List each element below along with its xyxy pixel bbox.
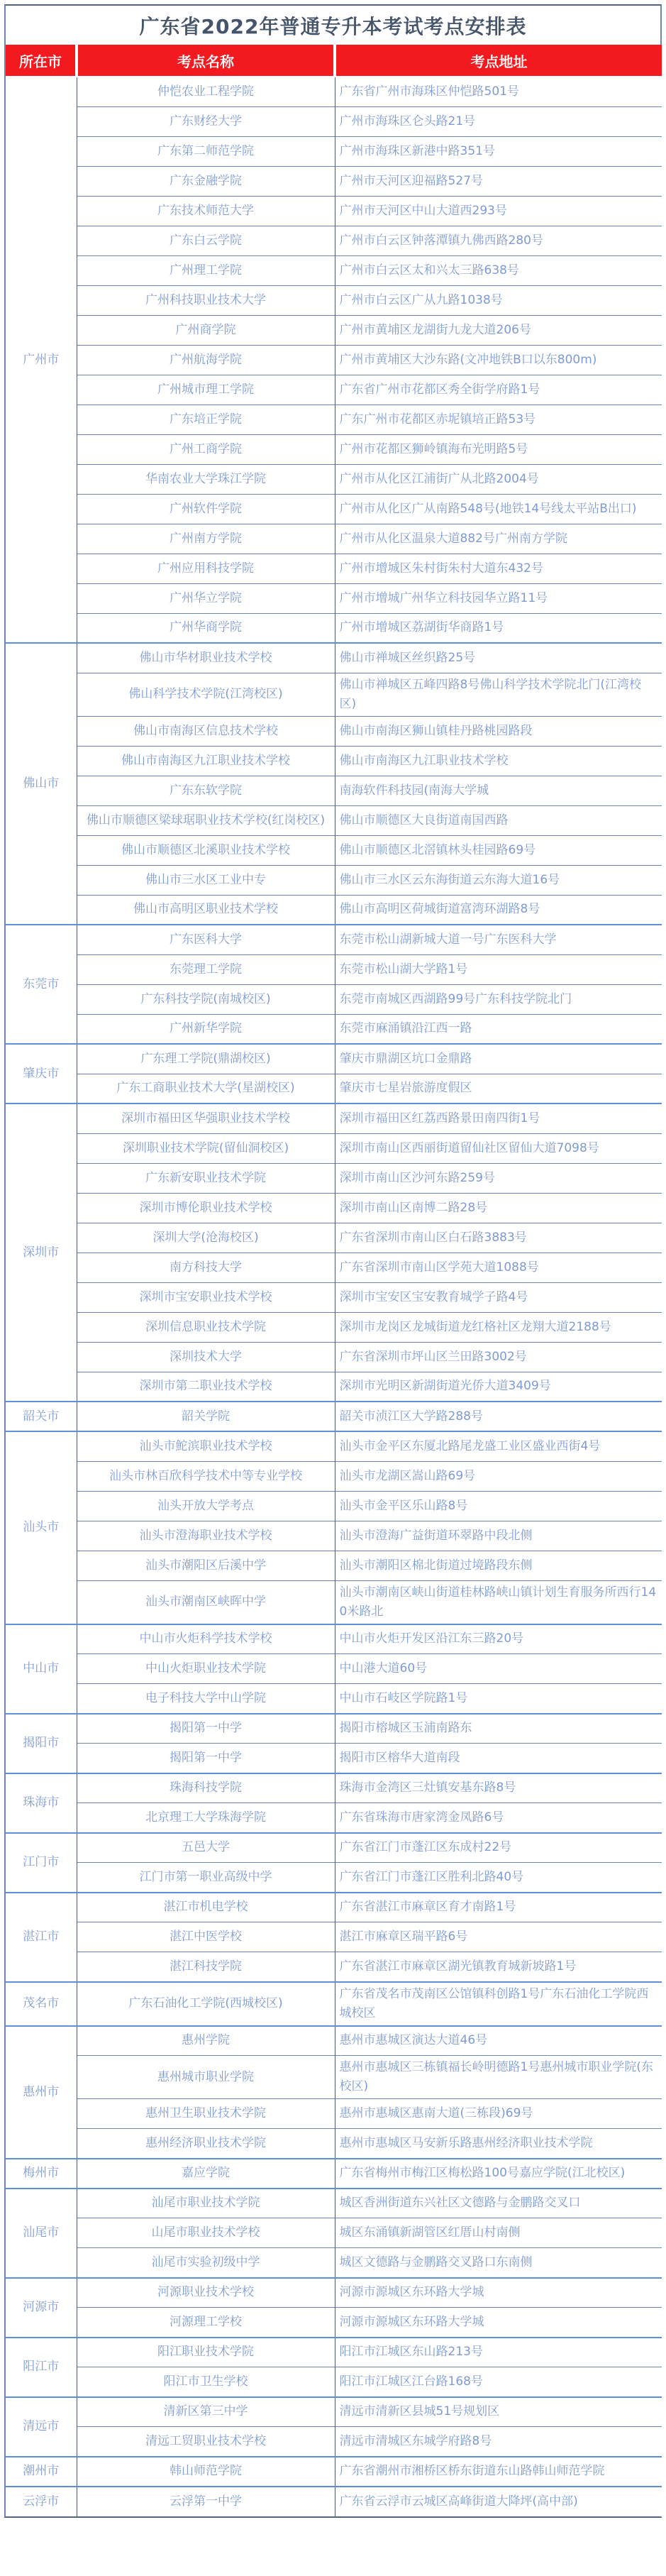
table-row: 广州工商学院广州市花都区狮岭镇海布光明路5号 xyxy=(6,434,662,464)
site-address-cell: 广州市白云区钟落潭镇九佛西路280号 xyxy=(335,226,662,255)
site-name-cell: 阳江职业技术学院 xyxy=(77,2338,335,2367)
city-cell: 广州市 xyxy=(6,77,77,643)
table-body: 广州市仲恺农业工程学院广东省广州市海珠区仲恺路501号广东财经大学广州市海珠区仑… xyxy=(6,77,662,2516)
site-name-cell: 湛江市机电学校 xyxy=(77,1893,335,1922)
site-address-cell: 城区香洲街道东兴社区文德路与金鹏路交叉口 xyxy=(335,2189,662,2218)
site-address-cell: 广东省深圳市南山区学苑大道1088号 xyxy=(335,1253,662,1282)
site-address-cell: 惠州市惠城区惠南大道(三栋段)69号 xyxy=(335,2099,662,2129)
city-cell: 阳江市 xyxy=(6,2338,77,2397)
site-name-cell: 中山市火炬科学技术学校 xyxy=(77,1624,335,1654)
site-address-cell: 广东省梅州市梅江区梅松路100号嘉应学院(江北校区) xyxy=(335,2159,662,2189)
city-cell: 云浮市 xyxy=(6,2487,77,2516)
table-row: 广东白云学院广州市白云区钟落潭镇九佛西路280号 xyxy=(6,226,662,255)
table-row: 汕头市汕头市鮀滨职业技术学校汕头市金平区东厦北路尾龙盛工业区盛业西街4号 xyxy=(6,1431,662,1461)
site-address-cell: 汕头市潮南区峡山街道桂林路峡山镇计划生育服务所西行140米路北 xyxy=(335,1580,662,1624)
site-name-cell: 汕尾市职业技术学院 xyxy=(77,2189,335,2218)
site-name-cell: 广州科技职业技术大学 xyxy=(77,285,335,315)
table-row: 清远市清新区第三中学清远市清新区县城51号规划区 xyxy=(6,2397,662,2427)
city-cell: 佛山市 xyxy=(6,643,77,925)
city-cell: 潮州市 xyxy=(6,2457,77,2487)
site-name-cell: 佛山市顺德区北溪职业技术学校 xyxy=(77,835,335,865)
site-address-cell: 广州市增城广州华立科技园华立路11号 xyxy=(335,583,662,613)
site-name-cell: 揭阳第一中学 xyxy=(77,1714,335,1744)
site-name-cell: 佛山市华材职业技术学校 xyxy=(77,643,335,673)
site-address-cell: 广州市增城区荔湖街华商路1号 xyxy=(335,613,662,643)
site-address-cell: 肇庆市鼎湖区坑口金鼎路 xyxy=(335,1044,662,1074)
site-name-cell: 中山火炬职业技术学院 xyxy=(77,1654,335,1684)
site-address-cell: 广东省湛江市麻章区育才南路1号 xyxy=(335,1893,662,1922)
site-address-cell: 东莞市麻涌镇沿江西一路 xyxy=(335,1014,662,1044)
site-name-cell: 江门市第一职业高级中学 xyxy=(77,1863,335,1893)
table-row: 深圳职业技术学院(留仙洞校区)深圳市南山区西丽街道留仙社区留仙大道7098号 xyxy=(6,1133,662,1163)
site-address-cell: 惠州市惠城区演达大道46号 xyxy=(335,2026,662,2056)
site-name-cell: 汕头市澄海职业技术学校 xyxy=(77,1521,335,1551)
table-row: 潮州市韩山师范学院广东省潮州市湘桥区桥东街道东山路韩山师范学院 xyxy=(6,2457,662,2487)
site-address-cell: 中山市石岐区学院路1号 xyxy=(335,1684,662,1714)
table-row: 广东财经大学广州市海珠区仑头路21号 xyxy=(6,106,662,136)
site-name-cell: 汕头市林百欣科学技术中等专业学校 xyxy=(77,1461,335,1491)
header-row: 所在市 考点名称 考点地址 xyxy=(6,45,662,77)
site-address-cell: 广州市黄埔区龙湖街九龙大道206号 xyxy=(335,315,662,345)
table-row: 揭阳市揭阳第一中学揭阳市榕城区玉浦南路东 xyxy=(6,1714,662,1744)
site-name-cell: 湛江科技学院 xyxy=(77,1952,335,1982)
city-cell: 梅州市 xyxy=(6,2159,77,2189)
table-row: 汕尾市汕尾市职业技术学院城区香洲街道东兴社区文德路与金鹏路交叉口 xyxy=(6,2189,662,2218)
city-cell: 中山市 xyxy=(6,1624,77,1714)
table-row: 电子科技大学中山学院中山市石岐区学院路1号 xyxy=(6,1684,662,1714)
site-address-cell: 广东省江门市蓬江区东成村22号 xyxy=(335,1833,662,1863)
table-row: 茂名市广东石油化工学院(西城校区)广东省茂名市茂南区公馆镇科创路1号广东石油化工… xyxy=(6,1982,662,2026)
table-row: 佛山科学技术学院(江湾校区)佛山市禅城区五峰四路8号佛山科学技术学院北门(江湾校… xyxy=(6,673,662,716)
site-address-cell: 深圳市南山区西丽街道留仙社区留仙大道7098号 xyxy=(335,1133,662,1163)
site-name-cell: 佛山市南海区九江职业技术学校 xyxy=(77,746,335,776)
exam-sites-table: 所在市 考点名称 考点地址 广州市仲恺农业工程学院广东省广州市海珠区仲恺路501… xyxy=(6,45,662,2516)
site-address-cell: 佛山市三水区云东海街道云东海大道16号 xyxy=(335,865,662,895)
site-address-cell: 广东省广州市花都区秀全街学府路1号 xyxy=(335,375,662,404)
table-row: 汕头市潮阳区后溪中学汕头市潮阳区棉北街道过境路段东侧 xyxy=(6,1551,662,1580)
site-name-cell: 清新区第三中学 xyxy=(77,2397,335,2427)
site-address-cell: 阳江市江城区东山路213号 xyxy=(335,2338,662,2367)
table-row: 深圳大学(沧海校区)广东省深圳市南山区白石路3883号 xyxy=(6,1223,662,1253)
page-frame: 广东省2022年普通专升本考试考点安排表 所在市 考点名称 考点地址 广州市仲恺… xyxy=(4,4,662,2518)
site-name-cell: 佛山市高明区职业技术学校 xyxy=(77,895,335,925)
site-name-cell: 汕尾市实验初级中学 xyxy=(77,2248,335,2278)
table-row: 佛山市南海区九江职业技术学校佛山市南海区九江职业技术学校 xyxy=(6,746,662,776)
city-cell: 深圳市 xyxy=(6,1103,77,1402)
site-name-cell: 广东白云学院 xyxy=(77,226,335,255)
site-address-cell: 阳江市江城区江台路168号 xyxy=(335,2367,662,2397)
site-name-cell: 深圳技术大学 xyxy=(77,1342,335,1372)
table-row: 北京理工大学珠海学院广东省珠海市唐家湾金凤路6号 xyxy=(6,1803,662,1833)
city-cell: 惠州市 xyxy=(6,2026,77,2159)
site-name-cell: 河源理工学校 xyxy=(77,2308,335,2338)
table-row: 深圳市宝安职业技术学校深圳市宝安区宝安教育城学子路4号 xyxy=(6,1282,662,1312)
table-row: 肇庆市广东理工学院(鼎湖校区)肇庆市鼎湖区坑口金鼎路 xyxy=(6,1044,662,1074)
site-name-cell: 云浮第一中学 xyxy=(77,2487,335,2516)
site-address-cell: 佛山市顺德区北滘镇林头桂园路69号 xyxy=(335,835,662,865)
site-name-cell: 汕头开放大学考点 xyxy=(77,1491,335,1521)
site-address-cell: 佛山市高明区荷城街道富湾环湖路8号 xyxy=(335,895,662,925)
site-address-cell: 广州市从化区温泉大道882号广州南方学院 xyxy=(335,524,662,554)
site-name-cell: 华南农业大学珠江学院 xyxy=(77,464,335,494)
table-row: 深圳市深圳市福田区华强职业技术学校深圳市福田区红荔西路景田南四街1号 xyxy=(6,1103,662,1133)
site-address-cell: 深圳市南山区沙河东路259号 xyxy=(335,1163,662,1193)
column-header-site-name: 考点名称 xyxy=(77,45,335,77)
city-cell: 肇庆市 xyxy=(6,1044,77,1103)
site-address-cell: 东莞市松山湖大学路1号 xyxy=(335,954,662,984)
site-name-cell: 阳江市卫生学校 xyxy=(77,2367,335,2397)
table-row: 广州城市理工学院广东省广州市花都区秀全街学府路1号 xyxy=(6,375,662,404)
city-cell: 清远市 xyxy=(6,2397,77,2457)
table-row: 惠州卫生职业技术学院惠州市惠城区惠南大道(三栋段)69号 xyxy=(6,2099,662,2129)
site-address-cell: 广州市花都区狮岭镇海布光明路5号 xyxy=(335,434,662,464)
city-cell: 汕尾市 xyxy=(6,2189,77,2278)
table-row: 云浮市云浮第一中学广东省云浮市云城区高峰街道大降坪(高中部) xyxy=(6,2487,662,2516)
site-address-cell: 广州市增城区朱村街朱村大道东432号 xyxy=(335,554,662,583)
table-row: 惠州经济职业技术学院惠州市惠城区马安新乐路惠州经济职业技术学院 xyxy=(6,2129,662,2159)
site-name-cell: 佛山市顺德区梁球琚职业技术学校(红岗校区) xyxy=(77,805,335,835)
site-address-cell: 广州市从化区广从南路548号(地铁14号线太平站B出口) xyxy=(335,494,662,524)
site-name-cell: 深圳大学(沧海校区) xyxy=(77,1223,335,1253)
site-name-cell: 惠州经济职业技术学院 xyxy=(77,2129,335,2159)
table-row: 惠州城市职业学院惠州市惠城区三栋镇福长岭明德路1号惠州城市职业学院(东校区) xyxy=(6,2056,662,2099)
site-name-cell: 广东东软学院 xyxy=(77,776,335,805)
site-address-cell: 揭阳市榕城区玉浦南路东 xyxy=(335,1714,662,1744)
site-name-cell: 广东石油化工学院(西城校区) xyxy=(77,1982,335,2026)
city-cell: 珠海市 xyxy=(6,1773,77,1833)
city-cell: 河源市 xyxy=(6,2278,77,2338)
table-row: 广州理工学院广州市白云区太和兴太三路638号 xyxy=(6,255,662,285)
site-name-cell: 广东财经大学 xyxy=(77,106,335,136)
site-address-cell: 深圳市南山区南博二路28号 xyxy=(335,1193,662,1223)
site-name-cell: 广东理工学院(鼎湖校区) xyxy=(77,1044,335,1074)
site-name-cell: 广州理工学院 xyxy=(77,255,335,285)
table-row: 佛山市高明区职业技术学校佛山市高明区荷城街道富湾环湖路8号 xyxy=(6,895,662,925)
site-address-cell: 深圳市龙岗区龙城街道龙红格社区龙翔大道2188号 xyxy=(335,1312,662,1342)
table-row: 韶关市韶关学院韶关市浈江区大学路288号 xyxy=(6,1402,662,1431)
site-address-cell: 广东省广州市海珠区仲恺路501号 xyxy=(335,77,662,106)
site-name-cell: 佛山科学技术学院(江湾校区) xyxy=(77,673,335,716)
site-address-cell: 汕头市潮阳区棉北街道过境路段东侧 xyxy=(335,1551,662,1580)
table-row: 广州市仲恺农业工程学院广东省广州市海珠区仲恺路501号 xyxy=(6,77,662,106)
site-address-cell: 广东省湛江市麻章区湖光镇教育城新坡路1号 xyxy=(335,1952,662,1982)
site-name-cell: 汕头市鮀滨职业技术学校 xyxy=(77,1431,335,1461)
site-address-cell: 广东省茂名市茂南区公馆镇科创路1号广东石油化工学院西城校区 xyxy=(335,1982,662,2026)
site-name-cell: 韩山师范学院 xyxy=(77,2457,335,2487)
site-address-cell: 东莞市南城区西湖路99号广东科技学院北门 xyxy=(335,984,662,1014)
site-address-cell: 珠海市金湾区三灶镇安基东路8号 xyxy=(335,1773,662,1803)
site-name-cell: 惠州学院 xyxy=(77,2026,335,2056)
site-name-cell: 北京理工大学珠海学院 xyxy=(77,1803,335,1833)
site-name-cell: 深圳市宝安职业技术学校 xyxy=(77,1282,335,1312)
site-address-cell: 广州市白云区广从九路1038号 xyxy=(335,285,662,315)
table-row: 揭阳第一中学揭阳市区榕华大道南段 xyxy=(6,1744,662,1773)
table-row: 梅州市嘉应学院广东省梅州市梅江区梅松路100号嘉应学院(江北校区) xyxy=(6,2159,662,2189)
site-address-cell: 河源市源城区东环路大学城 xyxy=(335,2308,662,2338)
site-address-cell: 广东省深圳市坪山区兰田路3002号 xyxy=(335,1342,662,1372)
city-cell: 汕头市 xyxy=(6,1431,77,1624)
city-cell: 东莞市 xyxy=(6,925,77,1044)
site-address-cell: 深圳市宝安区宝安教育城学子路4号 xyxy=(335,1282,662,1312)
site-address-cell: 惠州市惠城区马安新乐路惠州经济职业技术学院 xyxy=(335,2129,662,2159)
table-row: 广州华立学院广州市增城广州华立科技园华立路11号 xyxy=(6,583,662,613)
table-row: 广东科技学院(南城校区)东莞市南城区西湖路99号广东科技学院北门 xyxy=(6,984,662,1014)
site-name-cell: 广州南方学院 xyxy=(77,524,335,554)
site-name-cell: 广东第二师范学院 xyxy=(77,136,335,166)
page: 广东省2022年普通专升本考试考点安排表 所在市 考点名称 考点地址 广州市仲恺… xyxy=(0,0,666,2522)
site-name-cell: 深圳市博伦职业技术学校 xyxy=(77,1193,335,1223)
title-bar: 广东省2022年普通专升本考试考点安排表 xyxy=(6,6,660,45)
site-address-cell: 中山市火炬开发区沿江东三路20号 xyxy=(335,1624,662,1654)
site-name-cell: 广东新安职业技术学院 xyxy=(77,1163,335,1193)
table-row: 湛江科技学院广东省湛江市麻章区湖光镇教育城新坡路1号 xyxy=(6,1952,662,1982)
site-name-cell: 广州新华学院 xyxy=(77,1014,335,1044)
table-row: 广州应用科技学院广州市增城区朱村街朱村大道东432号 xyxy=(6,554,662,583)
site-address-cell: 广东广州市花都区赤坭镇培正路53号 xyxy=(335,404,662,434)
table-row: 广州商学院广州市黄埔区龙湖街九龙大道206号 xyxy=(6,315,662,345)
table-row: 汕头市林百欣科学技术中等专业学校汕头市龙湖区嵩山路69号 xyxy=(6,1461,662,1491)
site-name-cell: 南方科技大学 xyxy=(77,1253,335,1282)
site-address-cell: 广州市海珠区仑头路21号 xyxy=(335,106,662,136)
site-name-cell: 广东工商职业技术大学(星湖校区) xyxy=(77,1074,335,1103)
table-row: 中山市中山市火炬科学技术学校中山市火炬开发区沿江东三路20号 xyxy=(6,1624,662,1654)
site-address-cell: 广东省云浮市云城区高峰街道大降坪(高中部) xyxy=(335,2487,662,2516)
table-row: 华南农业大学珠江学院广州市从化区江浦街广从北路2004号 xyxy=(6,464,662,494)
table-row: 汕尾市实验初级中学城区文德路与金鹏路交叉路口东南侧 xyxy=(6,2248,662,2278)
site-name-cell: 珠海科技学院 xyxy=(77,1773,335,1803)
site-name-cell: 仲恺农业工程学院 xyxy=(77,77,335,106)
site-name-cell: 广东科技学院(南城校区) xyxy=(77,984,335,1014)
site-name-cell: 惠州卫生职业技术学院 xyxy=(77,2099,335,2129)
table-row: 佛山市佛山市华材职业技术学校佛山市禅城区丝织路25号 xyxy=(6,643,662,673)
page-title: 广东省2022年普通专升本考试考点安排表 xyxy=(140,11,527,40)
site-name-cell: 广州工商学院 xyxy=(77,434,335,464)
table-row: 江门市第一职业高级中学广东省江门市蓬江区胜利北路40号 xyxy=(6,1863,662,1893)
site-name-cell: 深圳信息职业技术学院 xyxy=(77,1312,335,1342)
table-row: 湛江市湛江市机电学校广东省湛江市麻章区育才南路1号 xyxy=(6,1893,662,1922)
site-address-cell: 汕头市龙湖区嵩山路69号 xyxy=(335,1461,662,1491)
table-row: 汕头市潮南区峡晖中学汕头市潮南区峡山街道桂林路峡山镇计划生育服务所西行140米路… xyxy=(6,1580,662,1624)
table-row: 广东新安职业技术学院深圳市南山区沙河东路259号 xyxy=(6,1163,662,1193)
city-cell: 揭阳市 xyxy=(6,1714,77,1773)
site-name-cell: 嘉应学院 xyxy=(77,2159,335,2189)
column-header-city: 所在市 xyxy=(6,45,77,77)
site-name-cell: 韶关学院 xyxy=(77,1402,335,1431)
site-name-cell: 广东金融学院 xyxy=(77,166,335,196)
table-row: 中山火炬职业技术学院中山港大道60号 xyxy=(6,1654,662,1684)
site-address-cell: 汕头市澄海广益街道环翠路中段北侧 xyxy=(335,1521,662,1551)
table-row: 江门市五邑大学广东省江门市蓬江区东成村22号 xyxy=(6,1833,662,1863)
site-address-cell: 汕头市金平区东厦北路尾龙盛工业区盛业西街4号 xyxy=(335,1431,662,1461)
table-row: 深圳信息职业技术学院深圳市龙岗区龙城街道龙红格社区龙翔大道2188号 xyxy=(6,1312,662,1342)
site-address-cell: 清远市清新区县城51号规划区 xyxy=(335,2397,662,2427)
site-address-cell: 湛江市麻章区瑞平路6号 xyxy=(335,1922,662,1952)
site-name-cell: 广东医科大学 xyxy=(77,925,335,954)
site-address-cell: 城区东涌镇新湖管区红厝山村南侧 xyxy=(335,2218,662,2248)
table-row: 阳江市阳江职业技术学院阳江市江城区东山路213号 xyxy=(6,2338,662,2367)
site-address-cell: 广东省潮州市湘桥区桥东街道东山路韩山师范学院 xyxy=(335,2457,662,2487)
site-address-cell: 深圳市光明区新湖街道光侨大道3409号 xyxy=(335,1372,662,1402)
table-row: 河源市河源职业技术学校河源市源城区东环路大学城 xyxy=(6,2278,662,2308)
site-address-cell: 佛山市禅城区丝织路25号 xyxy=(335,643,662,673)
table-row: 南方科技大学广东省深圳市南山区学苑大道1088号 xyxy=(6,1253,662,1282)
table-row: 佛山市顺德区北溪职业技术学校佛山市顺德区北滘镇林头桂园路69号 xyxy=(6,835,662,865)
table-row: 汕头市澄海职业技术学校汕头市澄海广益街道环翠路中段北侧 xyxy=(6,1521,662,1551)
site-address-cell: 佛山市顺德区大良街道南国西路 xyxy=(335,805,662,835)
site-address-cell: 肇庆市七星岩旅游度假区 xyxy=(335,1074,662,1103)
site-address-cell: 广州市黄埔区大沙东路(文冲地铁B口以东800m) xyxy=(335,345,662,375)
site-address-cell: 广东省深圳市南山区白石路3883号 xyxy=(335,1223,662,1253)
table-row: 广州软件学院广州市从化区广从南路548号(地铁14号线太平站B出口) xyxy=(6,494,662,524)
city-cell: 江门市 xyxy=(6,1833,77,1893)
site-address-cell: 汕头市金平区乐山路8号 xyxy=(335,1491,662,1521)
city-cell: 湛江市 xyxy=(6,1893,77,1982)
table-row: 东莞市广东医科大学东莞市松山湖新城大道一号广东医科大学 xyxy=(6,925,662,954)
table-row: 河源理工学校河源市源城区东环路大学城 xyxy=(6,2308,662,2338)
site-address-cell: 广州市天河区中山大道西293号 xyxy=(335,196,662,226)
site-address-cell: 广州市天河区迎福路527号 xyxy=(335,166,662,196)
site-name-cell: 河源职业技术学校 xyxy=(77,2278,335,2308)
site-address-cell: 深圳市福田区红荔西路景田南四街1号 xyxy=(335,1103,662,1133)
table-row: 广州南方学院广州市从化区温泉大道882号广州南方学院 xyxy=(6,524,662,554)
site-name-cell: 山尾市职业技术学校 xyxy=(77,2218,335,2248)
site-address-cell: 广州市海珠区新港中路351号 xyxy=(335,136,662,166)
site-name-cell: 广东技术师范大学 xyxy=(77,196,335,226)
site-name-cell: 广州航海学院 xyxy=(77,345,335,375)
site-address-cell: 清远市清城区东城学府路8号 xyxy=(335,2427,662,2457)
site-address-cell: 佛山市南海区狮山镇桂丹路桃园路段 xyxy=(335,716,662,746)
table-row: 汕头开放大学考点汕头市金平区乐山路8号 xyxy=(6,1491,662,1521)
site-name-cell: 清远工贸职业技术学校 xyxy=(77,2427,335,2457)
table-row: 广东工商职业技术大学(星湖校区)肇庆市七星岩旅游度假区 xyxy=(6,1074,662,1103)
site-name-cell: 东莞理工学院 xyxy=(77,954,335,984)
site-name-cell: 深圳职业技术学院(留仙洞校区) xyxy=(77,1133,335,1163)
table-row: 广东技术师范大学广州市天河区中山大道西293号 xyxy=(6,196,662,226)
site-address-cell: 佛山市禅城区五峰四路8号佛山科学技术学院北门(江湾校区) xyxy=(335,673,662,716)
site-address-cell: 东莞市松山湖新城大道一号广东医科大学 xyxy=(335,925,662,954)
table-row: 广州华商学院广州市增城区荔湖街华商路1号 xyxy=(6,613,662,643)
site-name-cell: 广州商学院 xyxy=(77,315,335,345)
table-row: 深圳市博伦职业技术学校深圳市南山区南博二路28号 xyxy=(6,1193,662,1223)
table-row: 珠海市珠海科技学院珠海市金湾区三灶镇安基东路8号 xyxy=(6,1773,662,1803)
site-name-cell: 广州华商学院 xyxy=(77,613,335,643)
site-address-cell: 南海软件科技园(南海大学城 xyxy=(335,776,662,805)
city-cell: 韶关市 xyxy=(6,1402,77,1431)
site-address-cell: 中山港大道60号 xyxy=(335,1654,662,1684)
table-row: 广东金融学院广州市天河区迎福路527号 xyxy=(6,166,662,196)
table-row: 广东东软学院南海软件科技园(南海大学城 xyxy=(6,776,662,805)
column-header-site-address: 考点地址 xyxy=(335,45,662,77)
table-row: 惠州市惠州学院惠州市惠城区演达大道46号 xyxy=(6,2026,662,2056)
site-name-cell: 电子科技大学中山学院 xyxy=(77,1684,335,1714)
table-row: 东莞理工学院东莞市松山湖大学路1号 xyxy=(6,954,662,984)
site-address-cell: 广州市从化区江浦街广从北路2004号 xyxy=(335,464,662,494)
table-row: 佛山市顺德区梁球琚职业技术学校(红岗校区)佛山市顺德区大良街道南国西路 xyxy=(6,805,662,835)
site-name-cell: 惠州城市职业学院 xyxy=(77,2056,335,2099)
table-row: 深圳市第二职业技术学校深圳市光明区新湖街道光侨大道3409号 xyxy=(6,1372,662,1402)
site-address-cell: 河源市源城区东环路大学城 xyxy=(335,2278,662,2308)
site-address-cell: 佛山市南海区九江职业技术学校 xyxy=(335,746,662,776)
site-address-cell: 惠州市惠城区三栋镇福长岭明德路1号惠州城市职业学院(东校区) xyxy=(335,2056,662,2099)
table-row: 清远工贸职业技术学校清远市清城区东城学府路8号 xyxy=(6,2427,662,2457)
site-name-cell: 汕头市潮阳区后溪中学 xyxy=(77,1551,335,1580)
table-row: 佛山市南海区信息技术学校佛山市南海区狮山镇桂丹路桃园路段 xyxy=(6,716,662,746)
site-name-cell: 揭阳第一中学 xyxy=(77,1744,335,1773)
site-name-cell: 汕头市潮南区峡晖中学 xyxy=(77,1580,335,1624)
site-name-cell: 广州软件学院 xyxy=(77,494,335,524)
site-address-cell: 城区文德路与金鹏路交叉路口东南侧 xyxy=(335,2248,662,2278)
site-name-cell: 广州应用科技学院 xyxy=(77,554,335,583)
table-row: 佛山市三水区工业中专佛山市三水区云东海街道云东海大道16号 xyxy=(6,865,662,895)
table-row: 阳江市卫生学校阳江市江城区江台路168号 xyxy=(6,2367,662,2397)
site-address-cell: 揭阳市区榕华大道南段 xyxy=(335,1744,662,1773)
table-row: 湛江中医学校湛江市麻章区瑞平路6号 xyxy=(6,1922,662,1952)
site-address-cell: 广州市白云区太和兴太三路638号 xyxy=(335,255,662,285)
site-name-cell: 佛山市南海区信息技术学校 xyxy=(77,716,335,746)
table-row: 山尾市职业技术学校城区东涌镇新湖管区红厝山村南侧 xyxy=(6,2218,662,2248)
site-address-cell: 广东省江门市蓬江区胜利北路40号 xyxy=(335,1863,662,1893)
table-row: 广东第二师范学院广州市海珠区新港中路351号 xyxy=(6,136,662,166)
site-name-cell: 五邑大学 xyxy=(77,1833,335,1863)
table-row: 广东培正学院广东广州市花都区赤坭镇培正路53号 xyxy=(6,404,662,434)
site-name-cell: 广州华立学院 xyxy=(77,583,335,613)
city-cell: 茂名市 xyxy=(6,1982,77,2026)
table-row: 广州航海学院广州市黄埔区大沙东路(文冲地铁B口以东800m) xyxy=(6,345,662,375)
site-name-cell: 广东培正学院 xyxy=(77,404,335,434)
site-name-cell: 湛江中医学校 xyxy=(77,1922,335,1952)
site-name-cell: 深圳市第二职业技术学校 xyxy=(77,1372,335,1402)
site-name-cell: 广州城市理工学院 xyxy=(77,375,335,404)
table-row: 深圳技术大学广东省深圳市坪山区兰田路3002号 xyxy=(6,1342,662,1372)
site-address-cell: 韶关市浈江区大学路288号 xyxy=(335,1402,662,1431)
site-name-cell: 深圳市福田区华强职业技术学校 xyxy=(77,1103,335,1133)
site-address-cell: 广东省珠海市唐家湾金凤路6号 xyxy=(335,1803,662,1833)
site-name-cell: 佛山市三水区工业中专 xyxy=(77,865,335,895)
table-row: 广州科技职业技术大学广州市白云区广从九路1038号 xyxy=(6,285,662,315)
table-row: 广州新华学院东莞市麻涌镇沿江西一路 xyxy=(6,1014,662,1044)
